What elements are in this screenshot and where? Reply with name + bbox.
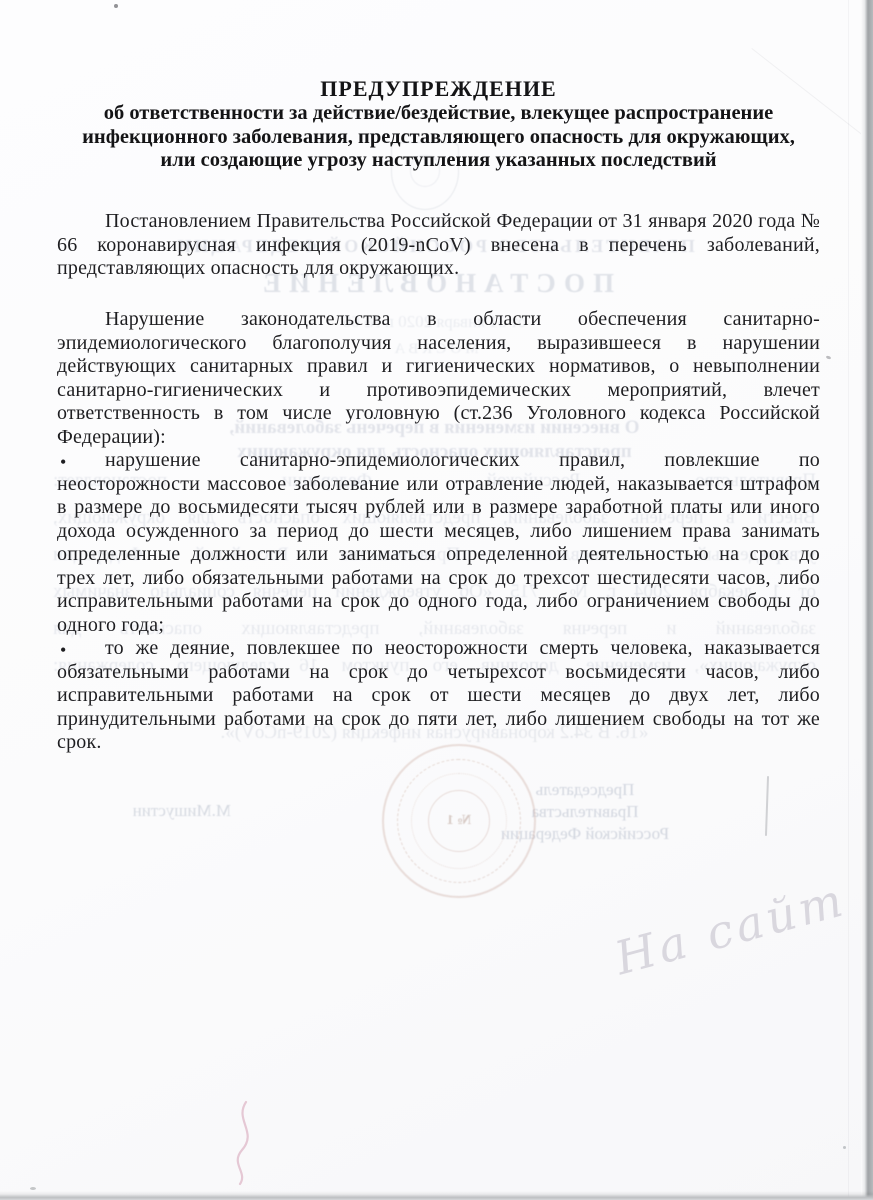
scan-speck: [114, 4, 118, 8]
document-title: ПРЕДУПРЕЖДЕНИЕ: [57, 76, 820, 102]
scan-speck: [843, 1146, 846, 1149]
scan-edge-bottom: [0, 1191, 873, 1200]
bullet-text: то же деяние, повлекшее по неосторожност…: [57, 637, 820, 753]
bullet-text: нарушение санитарно-эпидемиологических п…: [57, 449, 820, 636]
bullet-marker: •: [60, 639, 67, 663]
bullet-item: •то же деяние, повлекшее по неосторожнос…: [57, 637, 820, 755]
intro-paragraph-block: Постановлением Правительства Российской …: [57, 210, 820, 281]
paragraph-law: Нарушение законодательства в области обе…: [57, 308, 820, 449]
pink-pen-squiggle: [218, 1098, 268, 1188]
bullet-item: •нарушение санитарно-эпидемиологических …: [57, 449, 820, 637]
scan-edge-right: [861, 0, 873, 1200]
document-content: ПРЕДУПРЕЖДЕНИЕ об ответственности за дей…: [57, 0, 820, 1200]
scan-speck: [826, 355, 832, 360]
document-subtitle-line: инфекционного заболевания, представляюще…: [57, 126, 820, 150]
scan-speck: [30, 1187, 36, 1190]
paper-fold-line: [848, 0, 849, 1200]
paragraph-intro: Постановлением Правительства Российской …: [57, 210, 820, 281]
title-block: ПРЕДУПРЕЖДЕНИЕ об ответственности за дей…: [57, 76, 820, 173]
scanned-document-page: ПРАВИТЕЛЬСТВО РОССИЙСКОЙ ФЕДЕРАЦИИ ПОСТА…: [0, 0, 873, 1200]
document-subtitle-line: или создающие угрозу наступления указанн…: [57, 149, 820, 173]
document-subtitle-line: об ответственности за действие/бездейств…: [57, 102, 820, 126]
main-text-block: Нарушение законодательства в области обе…: [57, 308, 820, 755]
bullet-marker: •: [60, 451, 67, 475]
